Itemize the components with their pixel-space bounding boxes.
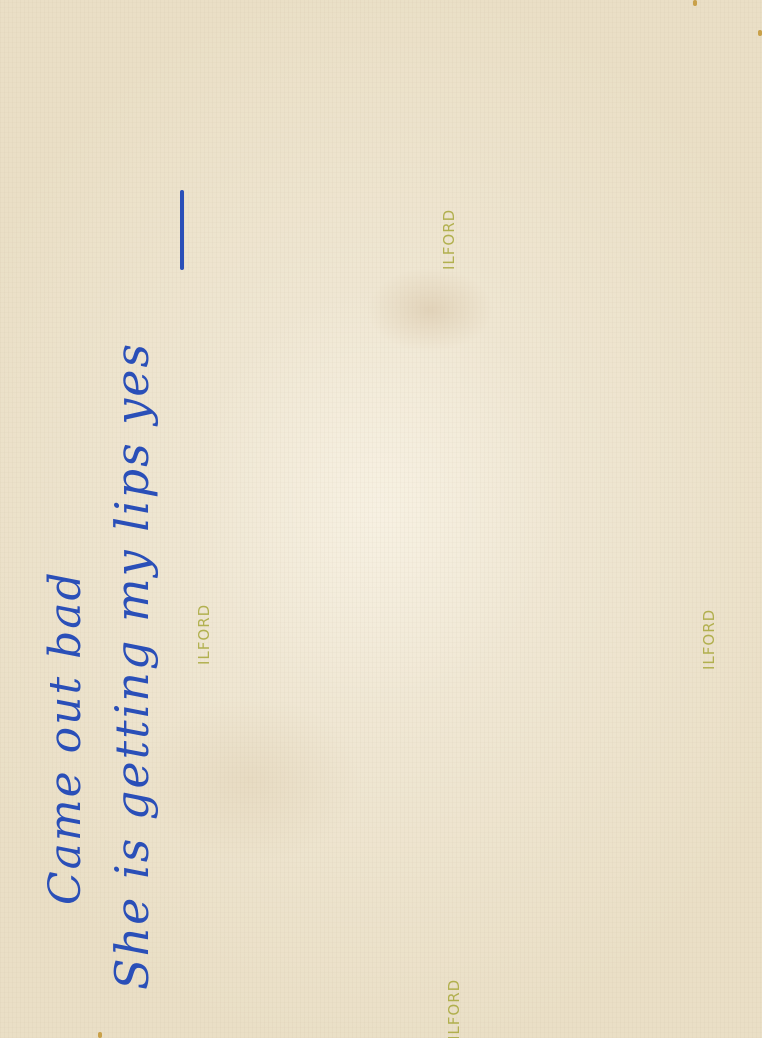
ilford-stamp-4: ILFORD [445,979,463,1038]
edge-stain [693,0,697,6]
handwritten-line-2: She is getting my lips yes [105,342,159,990]
ilford-stamp-1: ILFORD [440,209,458,270]
edge-stain [758,30,762,36]
edge-stain [98,1032,102,1038]
photo-back-paper: Came out bad She is getting my lips yes … [0,0,762,1038]
handwritten-underline [180,190,184,270]
handwritten-line-1: Came out bad [40,570,91,905]
ilford-stamp-2: ILFORD [195,604,213,665]
ilford-stamp-3: ILFORD [700,609,718,670]
